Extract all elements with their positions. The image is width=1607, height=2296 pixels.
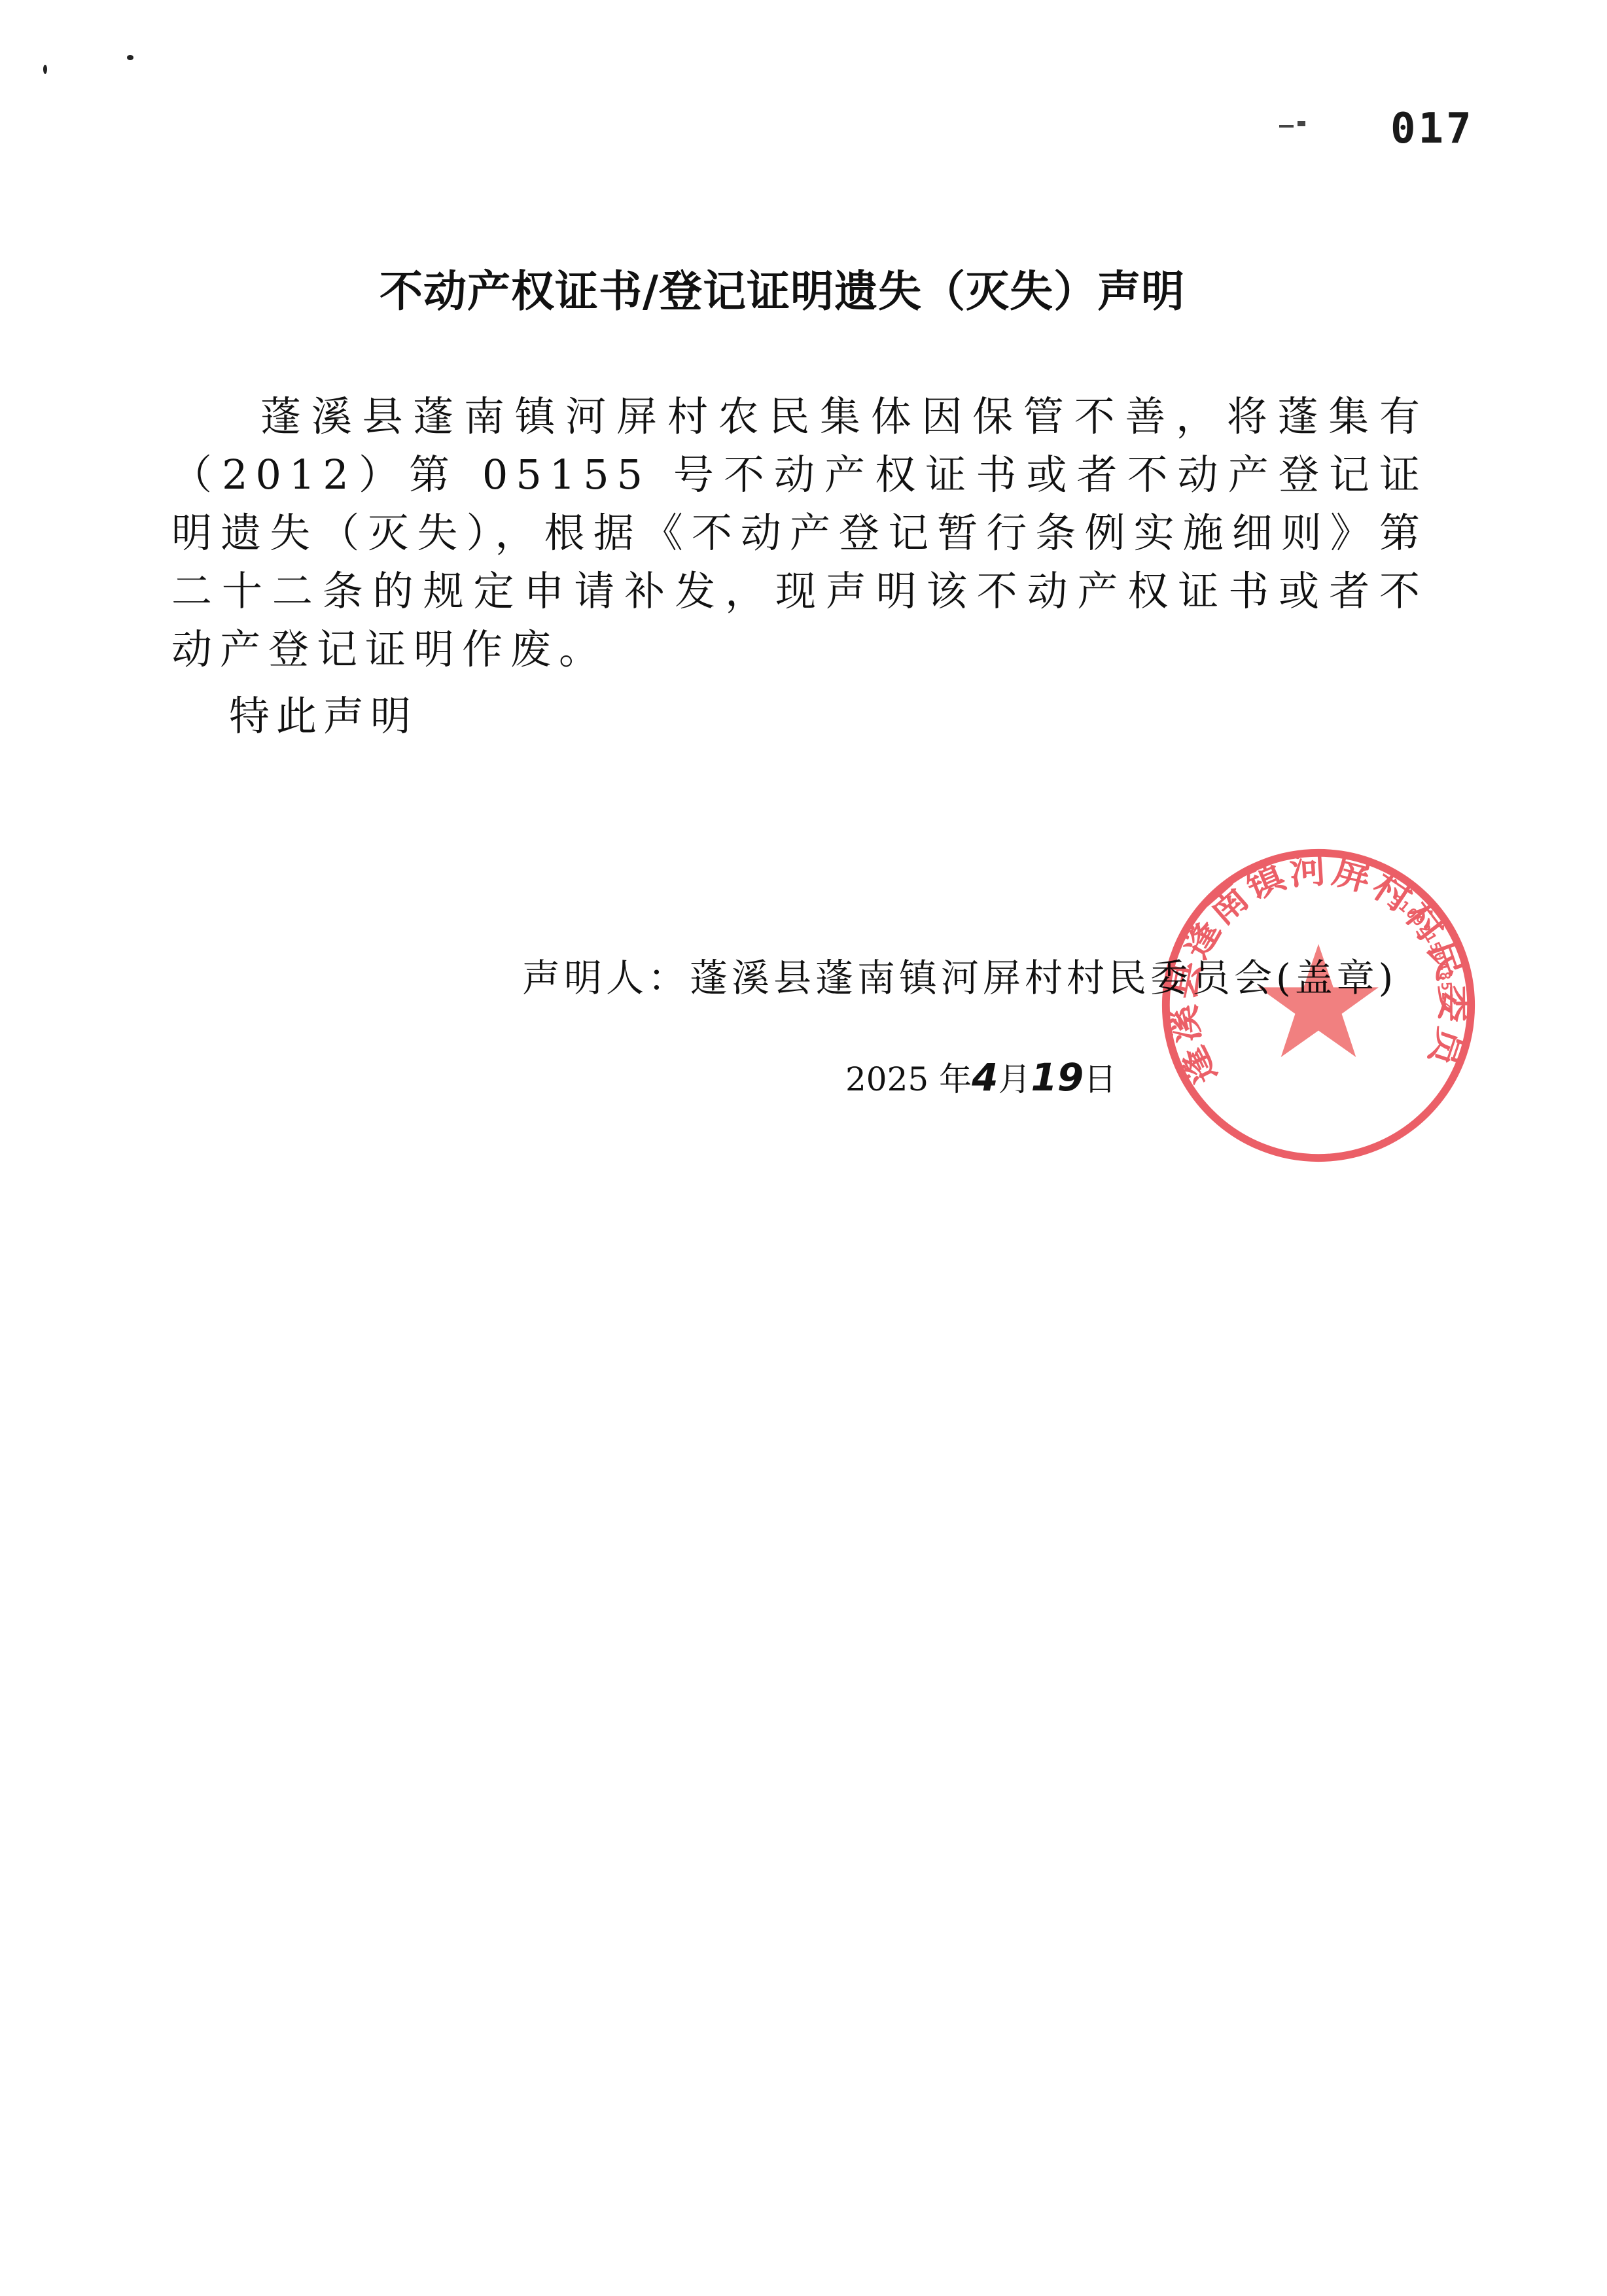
official-seal-stamp: 蓬溪县蓬南镇河屏村村民委员会 5109215048524	[1157, 844, 1480, 1167]
scan-mark	[1279, 121, 1305, 128]
date-day-unit: 日	[1084, 1060, 1116, 1098]
document-title: 不动产权证书/登记证明遗失（灭失）声明	[380, 256, 1282, 319]
date-month: 4	[972, 1055, 998, 1100]
declaration-date: 2025 年4月19日	[845, 1053, 1116, 1100]
declaration-body: 蓬溪县蓬南镇河屏村农民集体因保管不善，将蓬集有（2012）第 05155 号不动…	[171, 387, 1428, 678]
star-icon	[1258, 944, 1379, 1057]
closing-statement: 特此声明	[229, 684, 417, 742]
date-month-unit: 月	[998, 1060, 1031, 1098]
scan-speck	[127, 55, 133, 60]
scan-speck	[43, 65, 47, 74]
date-year-unit: 年	[939, 1060, 972, 1098]
signature-label: 声明人：	[522, 956, 690, 1000]
date-year: 2025	[845, 1060, 928, 1098]
page-number: 017	[1390, 105, 1474, 153]
date-day: 19	[1031, 1055, 1084, 1100]
declaration-paragraph: 蓬溪县蓬南镇河屏村农民集体因保管不善，将蓬集有（2012）第 05155 号不动…	[171, 387, 1428, 678]
